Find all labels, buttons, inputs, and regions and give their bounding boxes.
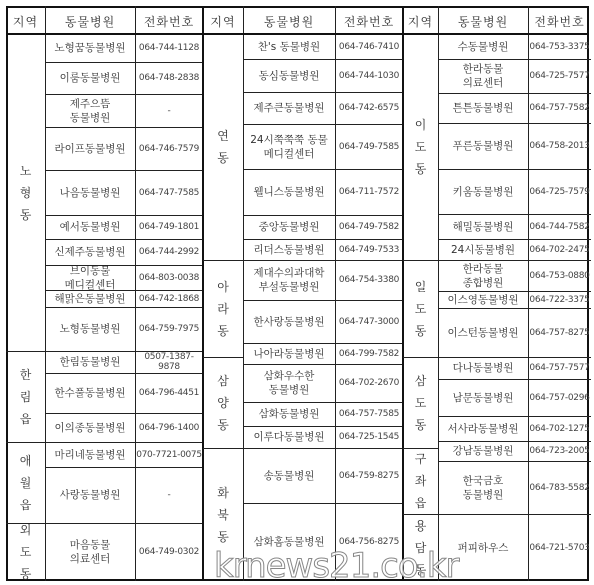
hospital-name: 예서동물병원 [45,215,135,239]
row-separator [243,92,403,93]
region-separator [403,357,438,358]
phone-number: 064-749-0302 [135,523,203,581]
hospital-name: 퍼피하우스 [438,514,528,581]
header-region: 지역 [6,7,45,35]
region-cell: 이 도 동 [403,34,438,260]
row-separator [45,239,203,240]
hospital-name: 나음동물병원 [45,170,135,215]
header-hospital: 동물병원 [438,7,528,35]
phone-number: 064-722-3375 [528,291,591,308]
hospital-name: 삼화홈동물병원 [243,503,335,581]
row-separator [45,351,203,352]
hospital-name: 해맑은동물병원 [45,290,135,307]
phone-number: - [135,467,203,523]
row-separator [243,364,403,365]
phone-number: 064-783-5582 [528,461,591,514]
region-cell: 한 림 읍 [6,351,45,442]
hospital-name: 찬's 동물병원 [243,34,335,59]
hospital-name: 신제주동물병원 [45,239,135,265]
phone-number: 064-749-7582 [335,215,403,239]
hospital-name: 한국금호 동물병원 [438,461,528,514]
row-separator [45,127,203,128]
region-separator [203,448,243,449]
phone-number: 064-744-7582 [528,214,591,239]
row-separator [438,461,591,462]
hospital-name: 제대수의과대학 부설동물병원 [243,260,335,300]
hospital-name: 해밀동물병원 [438,214,528,239]
row-separator [438,308,591,309]
phone-number: 064-742-6575 [335,92,403,124]
hospital-name: 이의종동물병원 [45,413,135,442]
hospital-name: 마음동물 의료센터 [45,523,135,581]
phone-number: 064-796-1400 [135,413,203,442]
hospital-name: 한사랑동물병원 [243,300,335,343]
phone-number: 064-759-7975 [135,307,203,351]
region-cell: 연 동 [203,34,243,260]
row-separator [243,448,403,449]
phone-number: 064-756-8275 [335,503,403,581]
hospital-name: 삼화동물병원 [243,402,335,426]
header-hospital: 동물병원 [243,7,335,35]
hospital-name: 제주으뜸 동물병원 [45,94,135,127]
phone-number: 064-725-1545 [335,426,403,448]
phone-number: 064-757-7585 [335,402,403,426]
hospital-name: 이루다동물병원 [243,426,335,448]
phone-number: 064-747-7585 [135,170,203,215]
phone-number: - [135,94,203,127]
row-separator [45,373,203,374]
row-separator [45,265,203,266]
hospital-name: 삼화우수한 동물병원 [243,364,335,402]
region-cell: 외 도 동 [6,523,45,581]
phone-number: 064-744-2992 [135,239,203,265]
hospital-name: 남문동물병원 [438,379,528,416]
phone-number: 064-754-3380 [335,260,403,300]
hospital-name: 리더스동물병원 [243,239,335,260]
hospital-name: 송동물병원 [243,448,335,503]
phone-number: 070-7721-0075 [135,442,203,467]
hospital-name: 이스영동물병원 [438,291,528,308]
phone-number: 064-803-0038 [135,265,203,290]
row-separator [45,413,203,414]
row-separator [438,169,591,170]
phone-number: 064-744-1030 [335,59,403,92]
row-separator [45,307,203,308]
phone-number: 064-799-7582 [335,343,403,364]
row-separator [438,291,591,292]
phone-number: 064-759-8275 [335,448,403,503]
row-separator [438,260,591,261]
phone-number: 064-757-7577 [528,357,591,379]
row-separator [438,123,591,124]
region-separator [203,260,243,261]
hospital-name: 동심동물병원 [243,59,335,92]
row-separator [438,93,591,94]
region-separator [403,260,438,261]
region-separator [6,351,45,352]
row-separator [45,62,203,63]
row-separator [243,503,403,504]
hospital-name: 나아라동물병원 [243,343,335,364]
region-cell: 화 북 동 [203,448,243,581]
header-phone: 전화번호 [135,7,203,35]
hospital-name: 노형꿈동물병원 [45,34,135,62]
hospital-name: 웰니스동물병원 [243,169,335,215]
phone-number: 064-753-3375 [528,34,591,59]
phone-number: 064-744-1128 [135,34,203,62]
phone-number: 064-711-7572 [335,169,403,215]
phone-number: 064-757-0296 [528,379,591,416]
region-cell: 삼 도 동 [403,357,438,448]
row-separator [438,514,591,515]
phone-number: 064-748-2838 [135,62,203,94]
region-cell: 일 도 동 [403,260,438,357]
hospital-name: 서사라동물병원 [438,416,528,441]
row-separator [243,59,403,60]
phone-number: 064-702-1275 [528,416,591,441]
phone-number: 064-747-3000 [335,300,403,343]
hospital-name: 브이동물 메디컬센터 [45,265,135,290]
row-separator [438,379,591,380]
phone-number: 064-753-0880 [528,260,591,291]
phone-number: 064-721-5703 [528,514,591,581]
row-separator [438,214,591,215]
row-separator [243,402,403,403]
hospital-name: 푸른동물병원 [438,123,528,169]
hospital-name: 한수풀동물병원 [45,373,135,413]
hospital-name: 튼튼동물병원 [438,93,528,123]
row-separator [243,124,403,125]
row-separator [45,523,203,524]
row-separator [438,416,591,417]
region-separator [203,357,243,358]
hospital-name: 한라동물 의료센터 [438,59,528,93]
phone-number: 064-723-2005 [528,441,591,461]
hospital-name: 사랑동물병원 [45,467,135,523]
phone-number: 064-702-2475 [528,239,591,260]
hospital-name: 24시동물병원 [438,239,528,260]
hospital-name: 수동물병원 [438,34,528,59]
header-underline [6,33,589,35]
row-separator [243,239,403,240]
row-separator [243,169,403,170]
row-separator [438,59,591,60]
phone-number: 064-749-1801 [135,215,203,239]
row-separator [45,442,203,443]
phone-number: 064-746-7410 [335,34,403,59]
phone-number: 064-757-7582 [528,93,591,123]
row-separator [243,426,403,427]
hospital-name: 중앙동물병원 [243,215,335,239]
phone-number: 064-758-2013 [528,123,591,169]
region-cell: 삼 양 동 [203,357,243,448]
phone-number: 064-725-7577 [528,59,591,93]
hospital-name: 이룸동물병원 [45,62,135,94]
row-separator [45,290,203,291]
row-separator [243,260,403,261]
row-separator [243,215,403,216]
hospital-name: 24시쭉쭉쭉 동물 메디컬센터 [243,124,335,169]
row-separator [243,300,403,301]
header-phone: 전화번호 [335,7,403,35]
hospital-name: 키움동물병원 [438,169,528,214]
phone-number: 064-749-7585 [335,124,403,169]
region-separator [403,448,438,449]
header-phone: 전화번호 [528,7,591,35]
phone-number: 064-749-7533 [335,239,403,260]
hospital-name: 노형동물병원 [45,307,135,351]
region-cell: 용 담 동 [403,514,438,581]
header-region: 지역 [403,7,438,35]
row-separator [45,215,203,216]
row-separator [45,170,203,171]
row-separator [438,239,591,240]
hospital-name: 제주큰동물병원 [243,92,335,124]
hospital-name: 강남동물병원 [438,441,528,461]
hospital-name: 이스턴동물병원 [438,308,528,357]
phone-number: 0507-1387-9878 [135,351,203,373]
row-separator [438,441,591,442]
phone-number: 064-742-1868 [135,290,203,307]
phone-number: 064-702-2670 [335,364,403,402]
phone-number: 064-796-4451 [135,373,203,413]
region-separator [6,442,45,443]
row-separator [438,357,591,358]
header-hospital: 동물병원 [45,7,135,35]
region-separator [403,514,438,515]
phone-number: 064-746-7579 [135,127,203,170]
region-cell: 구 좌 읍 [403,448,438,514]
phone-number: 064-725-7579 [528,169,591,214]
hospital-name: 다나동물병원 [438,357,528,379]
region-cell: 애 월 읍 [6,442,45,523]
row-separator [45,94,203,95]
hospital-name: 한라동물 종합병원 [438,260,528,291]
region-cell: 노 형 동 [6,34,45,351]
hospital-name: 라이프동물병원 [45,127,135,170]
phone-number: 064-757-8275 [528,308,591,357]
row-separator [243,343,403,344]
hospital-name: 한림동물병원 [45,351,135,373]
region-cell: 아 라 동 [203,260,243,357]
region-separator [6,523,45,524]
header-region: 지역 [203,7,243,35]
hospital-name: 마리네동물병원 [45,442,135,467]
row-separator [45,467,203,468]
